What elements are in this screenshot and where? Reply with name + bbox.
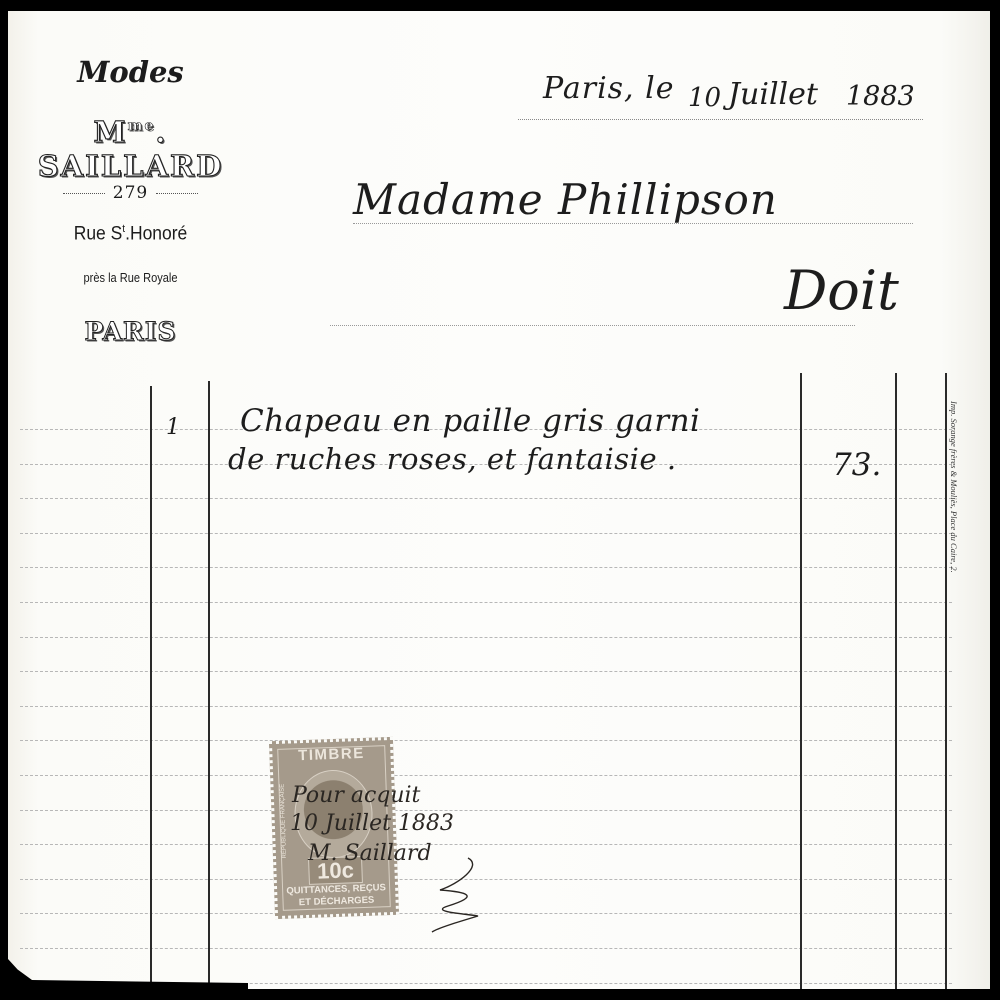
column-divider-qty bbox=[208, 381, 210, 989]
receipt-acquit: Pour acquit bbox=[292, 783, 420, 808]
name-prefix: M bbox=[94, 115, 128, 149]
street-pre: Rue S bbox=[74, 223, 123, 244]
ruled-line bbox=[20, 775, 952, 776]
doit-label: Doit bbox=[784, 259, 899, 322]
receipt-signature: M. Saillard bbox=[308, 841, 432, 866]
ruled-line bbox=[20, 948, 952, 949]
column-divider-cents bbox=[895, 373, 897, 989]
letterhead-merchant-name: Mme. SAILLARD bbox=[8, 115, 253, 183]
ruled-line bbox=[20, 567, 952, 568]
item-description-line2: de ruches roses, et fantaisie . bbox=[228, 442, 677, 476]
ruled-line bbox=[20, 844, 952, 845]
letterhead-street-number: 279 bbox=[8, 183, 253, 203]
invoice-sheet: Modes Mme. SAILLARD 279 Rue St.Honoré pr… bbox=[8, 11, 990, 989]
item-price: 73. bbox=[832, 447, 881, 483]
street-post: .Honoré bbox=[125, 223, 187, 244]
ruled-line bbox=[20, 740, 952, 741]
letterhead-near: près la Rue Royale bbox=[26, 270, 234, 285]
date-year: 1883 bbox=[846, 81, 915, 112]
item-quantity: 1 bbox=[166, 415, 180, 440]
ruled-line bbox=[20, 671, 952, 672]
ruled-line bbox=[20, 810, 952, 811]
date-place: Paris, le bbox=[543, 71, 674, 106]
signature-flourish-icon bbox=[428, 856, 498, 936]
printer-imprint: Imp. Sorange frères & Mouliès, Place du … bbox=[949, 401, 959, 573]
column-divider-right bbox=[945, 373, 947, 989]
ruled-line bbox=[20, 637, 952, 638]
date-day: 10 bbox=[688, 83, 721, 113]
item-description-line1: Chapeau en paille gris garni bbox=[240, 403, 700, 439]
doit-rule bbox=[330, 325, 855, 326]
column-divider-left bbox=[150, 386, 152, 989]
date-month: Juillet bbox=[728, 77, 818, 112]
addressee: Madame Phillipson bbox=[353, 175, 778, 224]
column-divider-price bbox=[800, 373, 802, 989]
ruled-line bbox=[20, 602, 952, 603]
ruled-line bbox=[20, 498, 952, 499]
ruled-line bbox=[20, 983, 952, 984]
ruled-line bbox=[20, 706, 952, 707]
ruled-line bbox=[20, 533, 952, 534]
merchant-name: SAILLARD bbox=[38, 149, 224, 183]
letterhead-street: Rue St.Honoré bbox=[18, 223, 243, 245]
street-number: 279 bbox=[113, 183, 148, 203]
letterhead-city: PARIS bbox=[8, 317, 253, 346]
receipt-date: 10 Juillet 1883 bbox=[290, 811, 454, 836]
name-prefix-sup: me bbox=[128, 118, 156, 134]
letterhead-trade: Modes bbox=[8, 55, 253, 89]
